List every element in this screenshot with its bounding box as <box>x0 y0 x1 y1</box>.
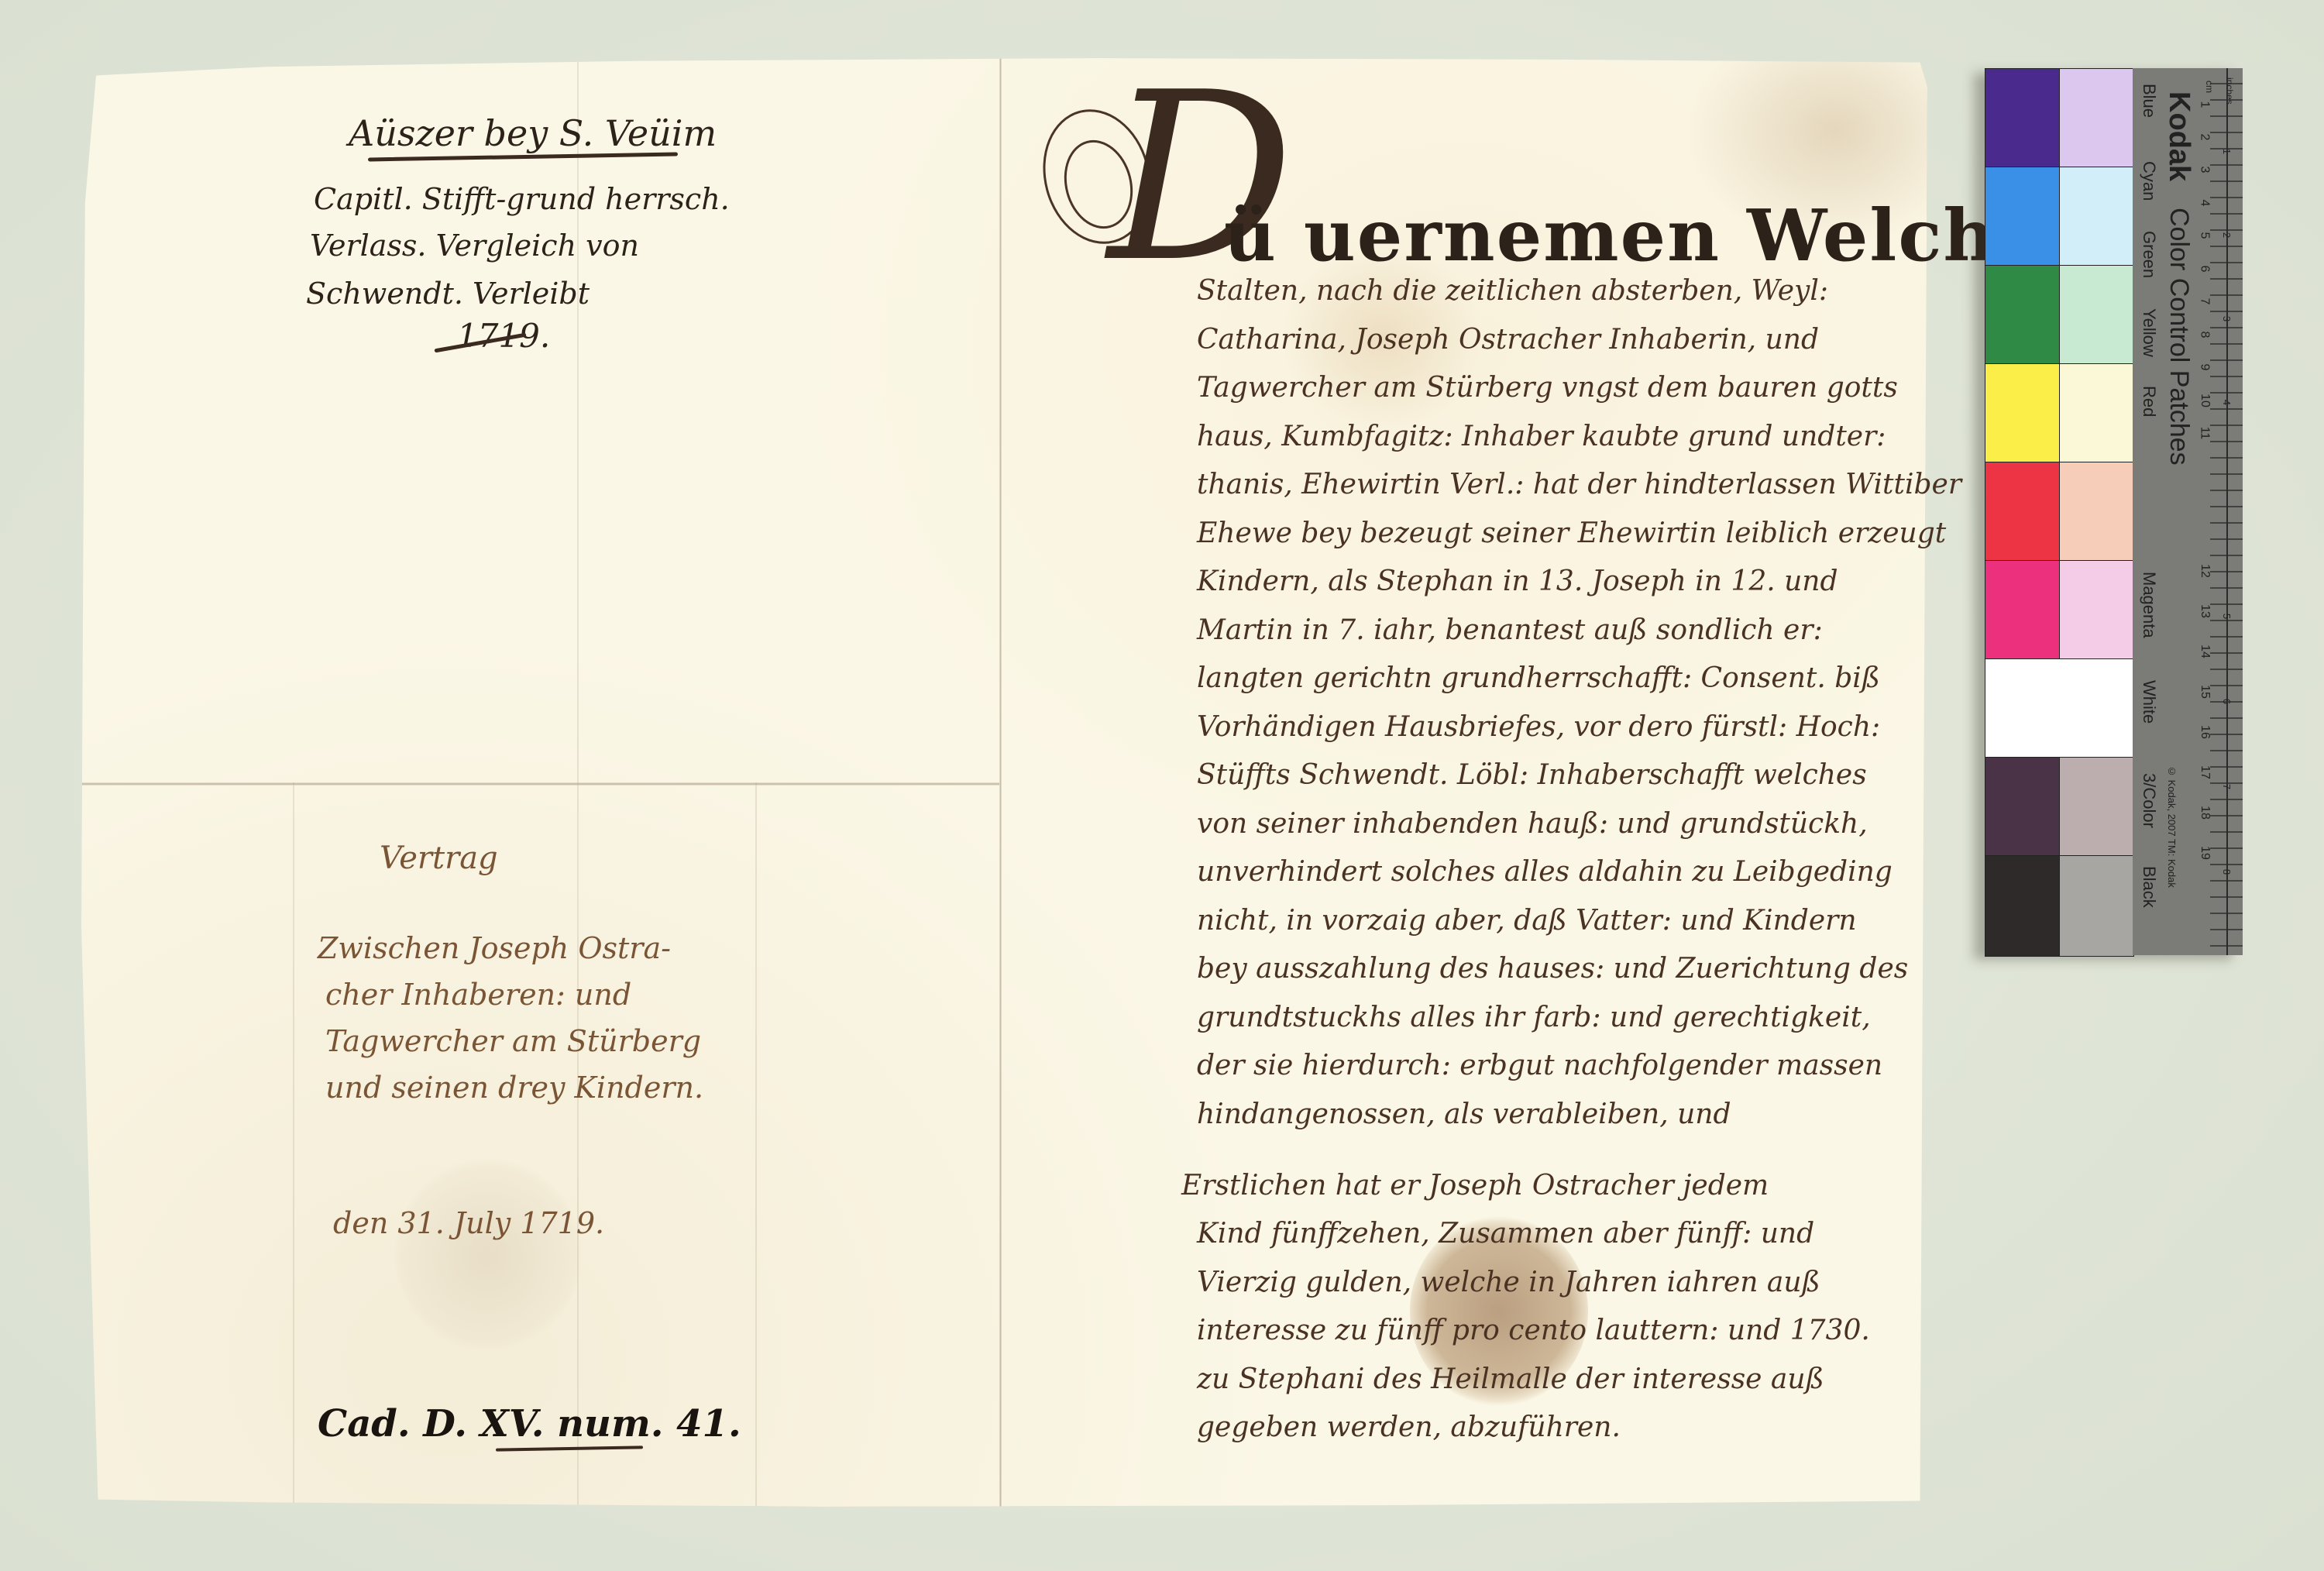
body-line: Martin in 7. iahr, benantest auß sondlic… <box>1197 614 1823 646</box>
patch-magenta-dark <box>1985 560 2061 660</box>
patch-red-dark <box>1985 462 2061 562</box>
patch-black-dark <box>1985 855 2061 957</box>
label-white: White <box>2139 680 2159 724</box>
patch-yellow-light <box>2059 363 2134 463</box>
body-line: Ehewe bey bezeugt seiner Ehewirtin leibl… <box>1197 517 1946 549</box>
endorsement-line: Tagwercher am Stürberg <box>325 1019 701 1064</box>
body-line: Kind fünffzehen, Zusammen aber fünff: un… <box>1197 1218 1814 1250</box>
label-magenta: Magenta <box>2139 572 2159 638</box>
patch-cyan-dark <box>1985 167 2061 266</box>
endorsement-line: und seinen drey Kindern. <box>325 1065 703 1110</box>
cover-note-line: Verlass. Vergleich von <box>310 223 639 268</box>
left-panel-fold <box>293 782 294 1507</box>
body-line: gegeben werden, abzuführen. <box>1197 1411 1621 1443</box>
cm-tick-label: 5 <box>2197 232 2211 239</box>
left-panel-fold-right <box>755 782 757 1507</box>
target-title: Color Control Patches <box>2164 208 2194 466</box>
archive-shelfmark: Cad. D. XV. num. 41. <box>318 1402 741 1446</box>
body-line: Catharina, Joseph Ostracher Inhaberin, u… <box>1197 324 1819 356</box>
patch-blue-dark <box>1985 68 2061 168</box>
kodak-color-target: Blue Cyan Green Yellow Red Magenta White… <box>1985 68 2243 955</box>
horizontal-fold-left <box>81 782 999 785</box>
label-red: Red <box>2139 386 2159 417</box>
body-line: grundtstuckhs alles ihr farb: und gerech… <box>1197 1002 1871 1033</box>
patch-white <box>1985 658 2134 758</box>
body-line: haus, Kumbfagitz: Inhaber kaubte grund u… <box>1197 421 1886 452</box>
seal-impression-faint <box>395 1158 581 1352</box>
patch-black-light <box>2059 855 2134 957</box>
cm-tick-label: 8 <box>2197 332 2211 339</box>
cm-tick-label: 11 <box>2197 427 2211 440</box>
patch-cyan-light <box>2059 167 2134 266</box>
body-line: Erstlichen hat er Joseph Ostracher jedem <box>1181 1170 1769 1201</box>
endorsement-date: den 31. July 1719. <box>333 1201 604 1246</box>
patch-green-light <box>2059 265 2134 365</box>
endorsement-title: Vertrag <box>380 841 498 876</box>
patch-magenta-light <box>2059 560 2134 660</box>
body-line: hindangenossen, als verableiben, und <box>1197 1098 1731 1130</box>
copyright-text: © Kodak, 2007 TM: Kodak <box>2166 765 2178 888</box>
body-line: thanis, Ehewirtin Verl.: hat der hindter… <box>1197 469 1961 500</box>
patch-red-light <box>2059 462 2134 562</box>
label-yellow: Yellow <box>2139 308 2159 357</box>
body-line: Kindern, als Stephan in 13. Joseph in 12… <box>1197 565 1838 597</box>
body-line: Vierzig gulden, welche in Jahren iahren … <box>1197 1267 1820 1298</box>
label-cyan: Cyan <box>2139 161 2159 201</box>
patch-yellow-dark <box>1985 363 2061 463</box>
label-3color: 3/Color <box>2139 773 2159 828</box>
endorsement-line: cher Inhaberen: und <box>325 972 631 1017</box>
patch-blue-light <box>2059 68 2134 168</box>
cover-note-line: Schwendt. Verleibt <box>306 271 590 316</box>
ruler-ticks <box>2210 68 2243 955</box>
label-blue: Blue <box>2139 84 2159 118</box>
endorsement-line: Zwischen Joseph Ostra- <box>318 926 671 971</box>
kodak-logo: Kodak <box>2162 91 2195 181</box>
body-line: Vorhändigen Hausbriefes, vor dero fürstl… <box>1197 711 1880 743</box>
cm-tick-label: 9 <box>2197 364 2211 371</box>
patch-3color-dark <box>1985 757 2061 857</box>
patch-3color-light <box>2059 757 2134 857</box>
body-line: zu Stephani des Heilmalle der interesse … <box>1197 1363 1824 1395</box>
cover-note-title: Aüszer bey S. Veüim <box>349 112 717 154</box>
cm-tick-label: 4 <box>2197 200 2211 207</box>
cm-tick-label: 3 <box>2197 167 2211 174</box>
cover-note-line: Capitl. Stifft-grund herrsch. <box>314 177 730 222</box>
body-line: nicht, in vorzaig aber, daß Vatter: und … <box>1197 905 1857 937</box>
cm-tick-label: 2 <box>2197 134 2211 141</box>
center-fold <box>999 58 1002 1507</box>
body-line: unverhindert solches alles aldahin zu Le… <box>1197 856 1893 888</box>
body-line: langten gerichtn grundherrschafft: Conse… <box>1197 662 1880 694</box>
ruler-band: Blue Cyan Green Yellow Red Magenta White… <box>2133 68 2243 955</box>
cm-tick-label: 7 <box>2197 298 2211 305</box>
body-line: bey ausszahlung des hauses: und Zuericht… <box>1197 953 1908 985</box>
label-black: Black <box>2139 866 2159 908</box>
body-line: interesse zu fünff pro cento lauttern: u… <box>1197 1315 1870 1346</box>
body-line: von seiner inhabenden hauß: und grundstü… <box>1197 808 1868 840</box>
body-line: Stalten, nach die zeitlichen absterben, … <box>1197 275 1828 307</box>
body-line: Stüffts Schwendt. Löbl: Inhaberschafft w… <box>1197 759 1867 791</box>
body-line: der sie hierdurch: erbgut nachfolgender … <box>1197 1050 1882 1081</box>
patch-green-dark <box>1985 265 2061 365</box>
cm-tick-label: 1 <box>2197 101 2211 108</box>
label-green: Green <box>2139 231 2159 278</box>
body-line: Tagwercher am Stürberg vngst dem bauren … <box>1197 372 1898 404</box>
cm-tick-label: 6 <box>2197 266 2211 273</box>
